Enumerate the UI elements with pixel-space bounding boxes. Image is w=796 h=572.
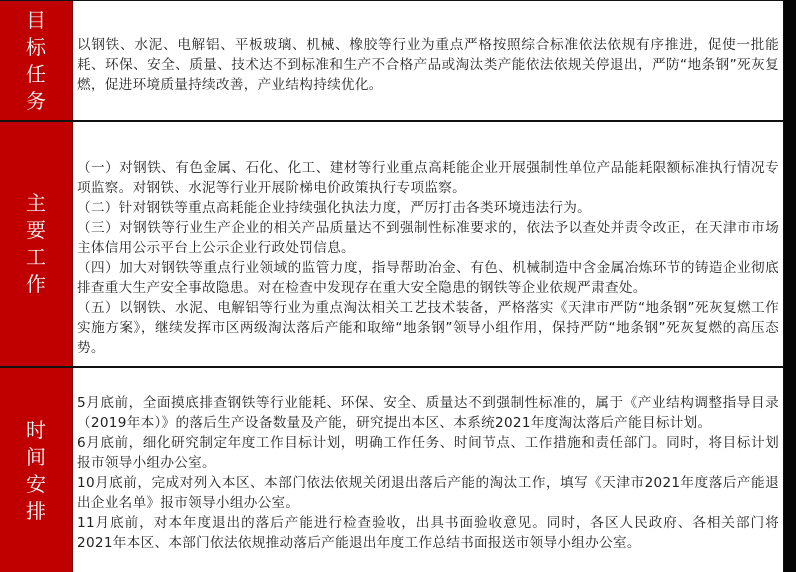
row-target-tasks: 目标任务 以钢铁、水泥、电解铝、平板玻璃、机械、橡胶等行业为重点严格按照综合标准… [0, 1, 784, 122]
paragraph: 10月底前，完成对列入本区、本部门依法依规关闭退出落后产能的淘汰工作，填写《天津… [77, 473, 779, 513]
paragraph: （四）加大对钢铁等重点行业领域的监管力度，指导帮助冶金、有色、机械制造中含金属冶… [77, 258, 779, 298]
paragraph: （五）以钢铁、水泥、电解铝等行业为重点淘汰相关工艺技术装备，严格落实《天津市严防… [77, 298, 779, 358]
row-content-cell: 以钢铁、水泥、电解铝、平板玻璃、机械、橡胶等行业为重点严格按照综合标准依法依规有… [73, 1, 784, 120]
row-main-work: 主要工作 （一）对钢铁、有色金属、石化、化工、建材等行业重点高耗能企业开展强制性… [0, 122, 784, 368]
row-label: 时间安排 [25, 417, 47, 525]
paragraph: （一）对钢铁、有色金属、石化、化工、建材等行业重点高耗能企业开展强制性单位产品能… [77, 158, 779, 198]
row-schedule: 时间安排 5月底前，全面摸底排查钢铁等行业能耗、环保、安全、质量达不到强制性标准… [0, 368, 784, 572]
row-label-cell: 目标任务 [0, 1, 73, 120]
paragraph: 5月底前，全面摸底排查钢铁等行业能耗、环保、安全、质量达不到强制性标准的，属于《… [77, 393, 779, 433]
paragraph: （二）针对钢铁等重点高耗能企业持续强化执法力度，严厉打击各类环境违法行为。 [77, 198, 779, 218]
policy-table: 目标任务 以钢铁、水泥、电解铝、平板玻璃、机械、橡胶等行业为重点严格按照综合标准… [0, 0, 784, 572]
paragraph: 11月底前，对本年度退出的落后产能进行检查验收，出具书面验收意见。同时，各区人民… [77, 513, 779, 553]
row-content: （一）对钢铁、有色金属、石化、化工、建材等行业重点高耗能企业开展强制性单位产品能… [77, 158, 779, 358]
row-label-cell: 主要工作 [0, 122, 73, 366]
paragraph: 6月底前，细化研究制定年度工作目标计划，明确工作任务、时间节点、工作措施和责任部… [77, 433, 779, 473]
right-edge-band [784, 0, 796, 572]
row-label: 目标任务 [25, 7, 47, 115]
row-content-cell: （一）对钢铁、有色金属、石化、化工、建材等行业重点高耗能企业开展强制性单位产品能… [73, 122, 784, 366]
row-label: 主要工作 [25, 190, 47, 298]
paragraph: 以钢铁、水泥、电解铝、平板玻璃、机械、橡胶等行业为重点严格按照综合标准依法依规有… [77, 35, 779, 95]
row-content-cell: 5月底前，全面摸底排查钢铁等行业能耗、环保、安全、质量达不到强制性标准的，属于《… [73, 368, 784, 572]
paragraph: （三）对钢铁等行业生产企业的相关产品质量达不到强制性标准要求的，依法予以查处并责… [77, 218, 779, 258]
row-label-cell: 时间安排 [0, 368, 73, 572]
row-content: 以钢铁、水泥、电解铝、平板玻璃、机械、橡胶等行业为重点严格按照综合标准依法依规有… [77, 35, 779, 95]
row-content: 5月底前，全面摸底排查钢铁等行业能耗、环保、安全、质量达不到强制性标准的，属于《… [77, 393, 779, 553]
